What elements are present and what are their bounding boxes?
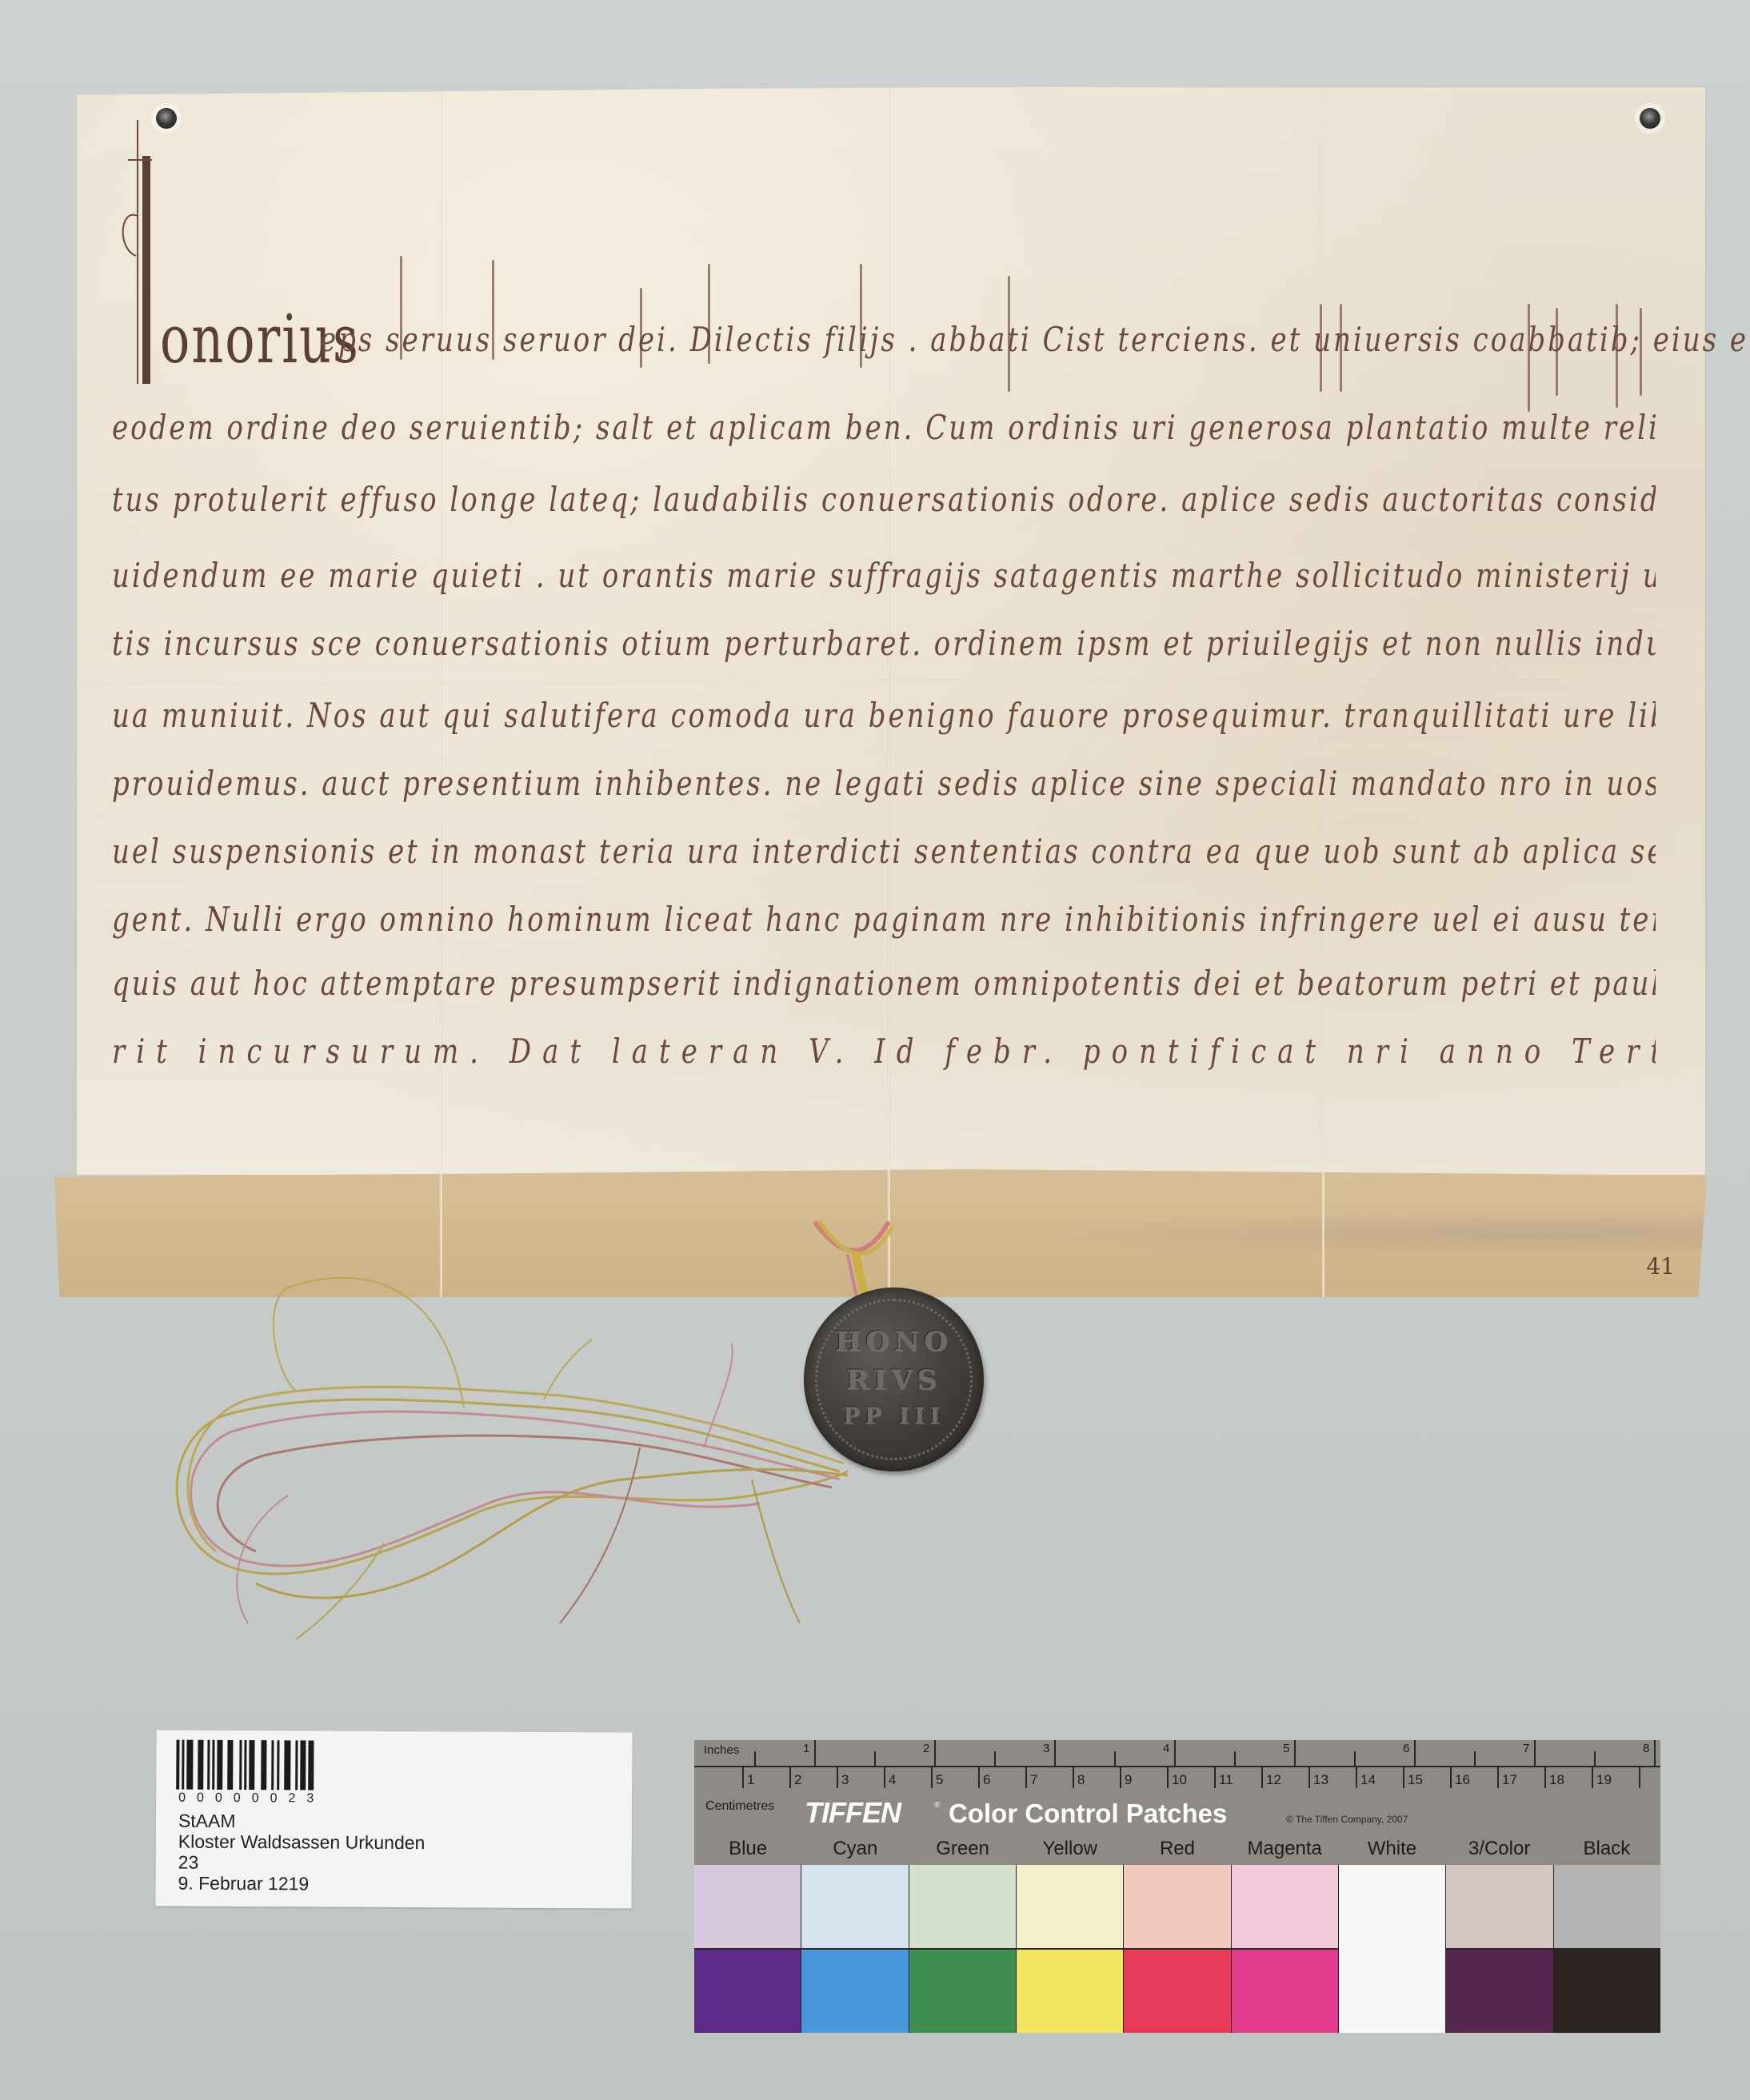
patch-dark-yellow — [1017, 1950, 1123, 2033]
cm-tick-label: 17 — [1502, 1772, 1517, 1788]
patch-name: Red — [1124, 1833, 1231, 1865]
label-archive: StAAM — [178, 1811, 236, 1831]
charter-text-line: eps seruus seruor dei. Dilectis filijs .… — [320, 310, 1664, 370]
patch-light-cyan — [801, 1865, 908, 1950]
chart-title: Color Control Patches — [949, 1799, 1227, 1829]
cm-tick-label: 2 — [794, 1772, 801, 1788]
patch-dark-blue — [694, 1950, 801, 2033]
patch-column-yellow — [1017, 1865, 1124, 2033]
charter-text-line: prouidemus. auct presentium inhibentes. … — [112, 754, 1656, 814]
cm-tick-label: 1 — [747, 1772, 754, 1788]
chart-ruler-header: Inches 1 2 3 4 5 6 7 8 — [694, 1740, 1660, 1865]
tiffen-color-chart: Inches 1 2 3 4 5 6 7 8 — [694, 1740, 1660, 2032]
inch-tick-label: 6 — [1403, 1742, 1409, 1755]
cm-tick-label: 7 — [1030, 1772, 1037, 1788]
patch-light-blue — [694, 1865, 801, 1950]
cm-tick-label: 4 — [889, 1772, 896, 1788]
charter-dating-line: rit incursurum. Dat lateran V. Id febr. … — [112, 1022, 1656, 1082]
mounting-hole-right — [1640, 108, 1660, 129]
chart-copyright: © The Tiffen Company, 2007 — [1286, 1814, 1408, 1825]
cm-tick-label: 6 — [983, 1772, 990, 1788]
patch-dark-magenta — [1232, 1950, 1338, 2033]
patch-name: Magenta — [1231, 1833, 1338, 1865]
inch-tick-label: 7 — [1523, 1742, 1529, 1755]
inch-tick-label: 5 — [1283, 1742, 1289, 1755]
patch-light-magenta — [1232, 1865, 1338, 1950]
seal-inscription-line: HONO — [804, 1326, 984, 1358]
patch-dark-red — [1124, 1950, 1230, 2033]
cm-tick-label: 18 — [1549, 1772, 1564, 1788]
inch-tick-label: 8 — [1643, 1742, 1649, 1755]
cm-tick-label: 19 — [1596, 1772, 1612, 1788]
registered-mark-icon: ® — [934, 1801, 940, 1810]
patch-light-3color — [1446, 1865, 1552, 1950]
patch-column-blue — [694, 1865, 801, 2033]
patch-column-magenta — [1232, 1865, 1339, 2033]
patch-light-black — [1554, 1865, 1660, 1950]
seal-inscription-line: PP III — [804, 1403, 984, 1429]
patch-column-3color — [1446, 1865, 1553, 2033]
cm-tick-label: 10 — [1172, 1772, 1187, 1788]
inches-label: Inches — [704, 1743, 739, 1757]
patch-column-black — [1554, 1865, 1660, 2033]
patch-dark-3color — [1446, 1950, 1552, 2033]
inch-tick-label: 3 — [1043, 1742, 1049, 1755]
patch-dark-green — [909, 1950, 1016, 2033]
plica-fold-line — [1322, 1169, 1324, 1297]
patch-column-cyan — [801, 1865, 909, 2033]
barcode-icon — [176, 1740, 314, 1791]
charter-text-line: ua muniuit. Nos aut qui salutifera comod… — [112, 686, 1656, 746]
cm-tick-label: 3 — [841, 1772, 849, 1788]
patch-column-red — [1124, 1865, 1231, 2033]
charter-text-line: gent. Nulli ergo omnino hominum liceat h… — [112, 890, 1656, 950]
patch-name: Yellow — [1017, 1833, 1124, 1865]
patch-white — [1339, 1865, 1445, 2033]
charter-text-line: eodem ordine deo seruientib; salt et apl… — [112, 398, 1656, 458]
ruler-baseline — [694, 1766, 1660, 1767]
patch-name: Black — [1553, 1833, 1660, 1865]
cm-tick-label: 12 — [1266, 1772, 1281, 1788]
patch-name: Green — [909, 1833, 1016, 1865]
patch-name: Blue — [694, 1833, 801, 1865]
color-patches-grid — [694, 1865, 1660, 2033]
lead-bulla-seal: HONO RIVS PP III — [804, 1288, 984, 1471]
patch-dark-cyan — [801, 1950, 908, 2033]
label-collection: Kloster Waldsassen Urkunden — [178, 1831, 426, 1854]
charter-text-line: tis incursus sce conuersationis otium pe… — [112, 614, 1656, 674]
charter-text-line: uidendum ee marie quieti . ut orantis ma… — [112, 546, 1656, 606]
tiffen-logo: TIFFEN — [805, 1796, 901, 1830]
patch-name: White — [1338, 1833, 1445, 1865]
barcode-number: 00000023 — [178, 1791, 346, 1807]
patch-column-white — [1339, 1865, 1446, 2033]
seal-inscription-line: RIVS — [804, 1364, 984, 1396]
patch-name: Cyan — [801, 1833, 909, 1865]
patch-light-green — [909, 1865, 1016, 1950]
label-number: 23 — [178, 1852, 199, 1873]
inch-tick-label: 2 — [923, 1742, 929, 1755]
cm-tick-label: 16 — [1455, 1772, 1470, 1788]
charter-text-line: quis aut hoc attemptare presumpserit ind… — [112, 954, 1656, 1014]
cm-tick-label: 8 — [1077, 1772, 1085, 1788]
cm-tick-label: 15 — [1408, 1772, 1423, 1788]
plica-archival-number: 41 — [1646, 1253, 1675, 1280]
archive-label: 00000023 StAAM Kloster Waldsassen Urkund… — [155, 1730, 632, 1908]
charter-text-line: tus protulerit effuso longe lateq; lauda… — [112, 470, 1656, 530]
inch-tick-label: 4 — [1163, 1742, 1169, 1755]
charter-text-line: uel suspensionis et in monast teria ura … — [112, 822, 1656, 882]
horizontal-fold-line — [76, 682, 1706, 685]
patch-light-yellow — [1017, 1865, 1123, 1950]
cm-tick-label: 9 — [1125, 1772, 1132, 1788]
label-date: 9. Februar 1219 — [178, 1873, 310, 1894]
patch-column-green — [909, 1865, 1017, 2033]
cm-tick-label: 14 — [1360, 1772, 1376, 1788]
patch-light-red — [1124, 1865, 1230, 1950]
patch-name-row: Blue Cyan Green Yellow Red Magenta White… — [694, 1833, 1660, 1865]
cm-tick-label: 11 — [1219, 1772, 1233, 1788]
inch-tick-label: 1 — [803, 1742, 809, 1755]
patch-name: 3/Color — [1446, 1833, 1553, 1865]
cm-tick-label: 5 — [936, 1772, 943, 1788]
cm-tick-label: 13 — [1313, 1772, 1328, 1788]
centimetres-label: Centimetres — [705, 1799, 774, 1814]
patch-dark-black — [1554, 1950, 1660, 2033]
